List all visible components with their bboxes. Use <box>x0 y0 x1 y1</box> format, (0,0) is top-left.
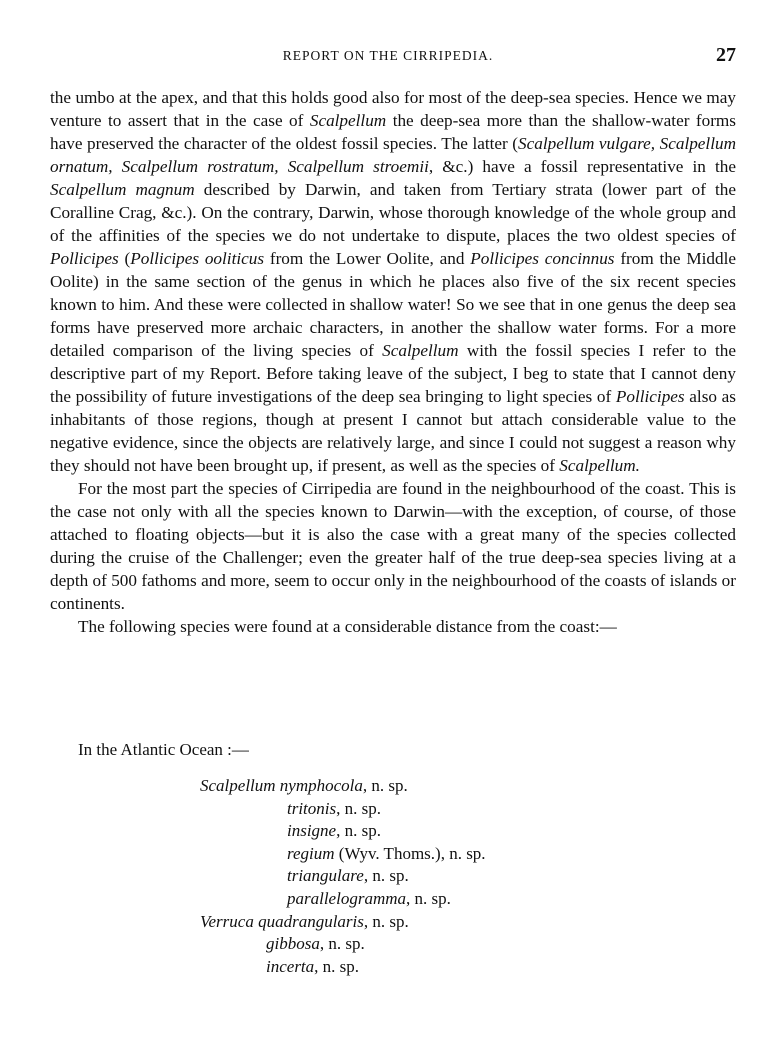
paragraph: The following species were found at a co… <box>50 615 736 638</box>
running-title: REPORT ON THE CIRRIPEDIA. <box>0 48 776 64</box>
genus-name: Verruca <box>200 912 258 931</box>
species-epithet: triangulare <box>287 866 364 885</box>
text-run: from the Lower Oolite, and <box>264 249 470 268</box>
species-entry: Scalpellum nymphocola, n. sp. <box>200 775 408 798</box>
species-entry: Verruca quadrangularis, n. sp. <box>200 911 409 934</box>
species-epithet: incerta <box>266 957 314 976</box>
italic-taxon: Pollicipes <box>616 387 685 406</box>
page-header: REPORT ON THE CIRRIPEDIA. 27 <box>0 46 776 70</box>
species-note: , n. sp. <box>364 912 409 931</box>
genus-name: Scalpellum <box>200 776 280 795</box>
species-entry: parallelogramma, n. sp. <box>287 888 451 911</box>
text-run: ( <box>119 249 131 268</box>
text-run: , &c.) have a fossil representative in t… <box>429 157 736 176</box>
species-entry: incerta, n. sp. <box>266 956 359 979</box>
italic-taxon: Scalpellum <box>382 341 458 360</box>
species-note: (Wyv. Thoms.), n. sp. <box>335 844 486 863</box>
italic-taxon: Pollicipes <box>50 249 119 268</box>
species-note: , n. sp. <box>336 799 381 818</box>
body-text: the umbo at the apex, and that this hold… <box>50 86 736 638</box>
species-note: , n. sp. <box>320 934 365 953</box>
species-epithet: gibbosa <box>266 934 320 953</box>
species-epithet: nymphocola <box>280 776 363 795</box>
species-note: , n. sp. <box>363 776 408 795</box>
species-epithet: quadrangularis <box>258 912 364 931</box>
species-entry: insigne, n. sp. <box>287 820 381 843</box>
italic-taxon: Pollicipes ooliticus <box>130 249 264 268</box>
paragraph: the umbo at the apex, and that this hold… <box>50 86 736 477</box>
species-note: , n. sp. <box>406 889 451 908</box>
species-epithet: regium <box>287 844 335 863</box>
section-heading: In the Atlantic Ocean :— <box>78 740 249 760</box>
page-number: 27 <box>716 44 736 67</box>
species-epithet: insigne <box>287 821 336 840</box>
paragraph: For the most part the species of Cirripe… <box>50 477 736 615</box>
italic-taxon: Scalpellum <box>310 111 386 130</box>
species-note: , n. sp. <box>336 821 381 840</box>
species-entry: tritonis, n. sp. <box>287 798 381 821</box>
species-entry: gibbosa, n. sp. <box>266 933 365 956</box>
species-note: , n. sp. <box>314 957 359 976</box>
species-epithet: parallelogramma <box>287 889 406 908</box>
text-run: The following species were found at a co… <box>78 617 617 636</box>
species-entry: triangulare, n. sp. <box>287 865 409 888</box>
italic-taxon: Scalpellum. <box>559 456 640 475</box>
italic-taxon: Scalpellum magnum <box>50 180 195 199</box>
species-entry: regium (Wyv. Thoms.), n. sp. <box>287 843 486 866</box>
italic-taxon: Pollicipes concinnus <box>470 249 614 268</box>
text-run: For the most part the species of Cirripe… <box>50 479 736 613</box>
species-epithet: tritonis <box>287 799 336 818</box>
species-note: , n. sp. <box>364 866 409 885</box>
